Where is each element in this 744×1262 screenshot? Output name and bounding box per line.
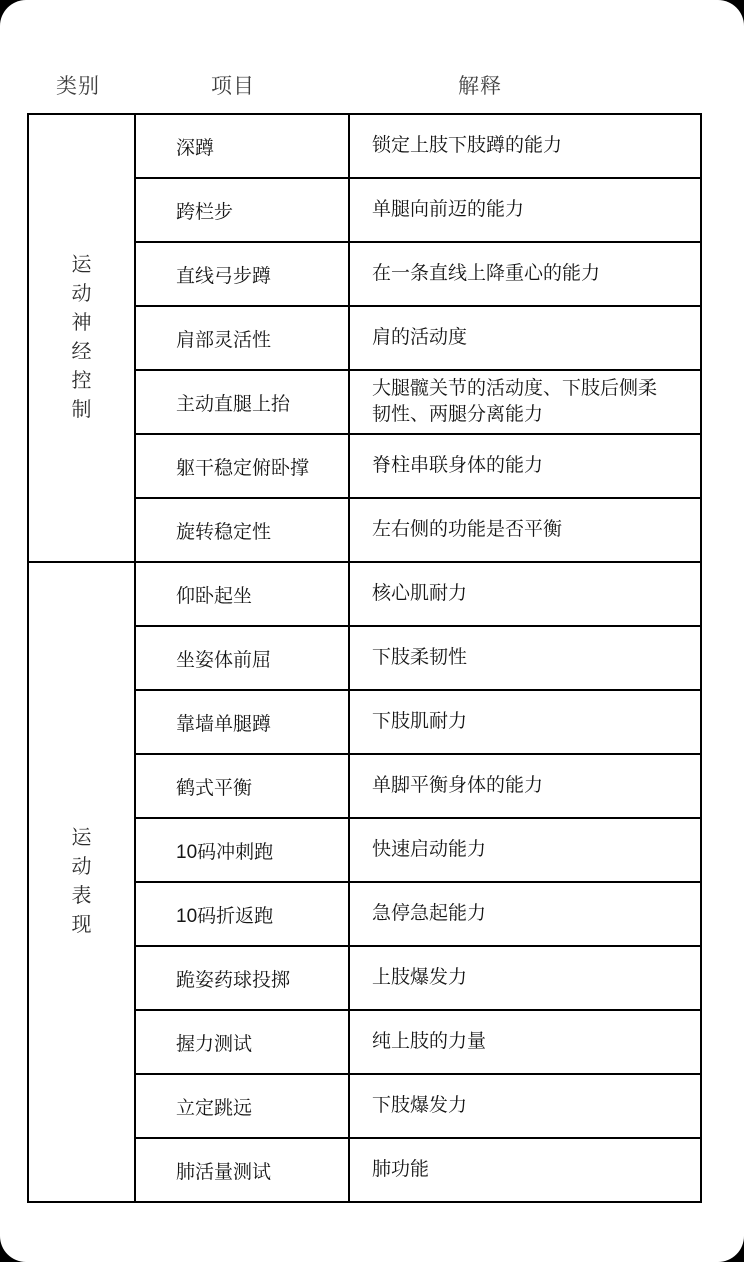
item-cell: 立定跳远: [135, 1074, 349, 1138]
item-cell: 肺活量测试: [135, 1138, 349, 1202]
category-label: 运动神经控制: [71, 251, 93, 425]
item-cell: 旋转稳定性: [135, 498, 349, 562]
assessment-table: 运动神经控制深蹲锁定上肢下肢蹲的能力跨栏步单腿向前迈的能力直线弓步蹲在一条直线上…: [27, 113, 702, 1203]
header-item: 项目: [211, 70, 255, 100]
explanation-cell: 上肢爆发力: [349, 946, 701, 1010]
explanation-cell: 单脚平衡身体的能力: [349, 754, 701, 818]
item-cell: 10码折返跑: [135, 882, 349, 946]
explanation-cell: 肺功能: [349, 1138, 701, 1202]
category-cell-0: 运动神经控制: [28, 114, 135, 562]
explanation-cell: 左右侧的功能是否平衡: [349, 498, 701, 562]
item-cell: 深蹲: [135, 114, 349, 178]
item-cell: 握力测试: [135, 1010, 349, 1074]
header-category: 类别: [56, 70, 100, 100]
explanation-cell: 下肢爆发力: [349, 1074, 701, 1138]
table-row: 运动表现仰卧起坐核心肌耐力: [28, 562, 701, 626]
item-cell: 肩部灵活性: [135, 306, 349, 370]
item-cell: 主动直腿上抬: [135, 370, 349, 434]
item-cell: 鹤式平衡: [135, 754, 349, 818]
explanation-cell: 下肢肌耐力: [349, 690, 701, 754]
item-cell: 跨栏步: [135, 178, 349, 242]
item-cell: 直线弓步蹲: [135, 242, 349, 306]
item-cell: 仰卧起坐: [135, 562, 349, 626]
item-cell: 10码冲刺跑: [135, 818, 349, 882]
explanation-cell: 下肢柔韧性: [349, 626, 701, 690]
item-cell: 跪姿药球投掷: [135, 946, 349, 1010]
item-cell: 坐姿体前屈: [135, 626, 349, 690]
item-cell: 靠墙单腿蹲: [135, 690, 349, 754]
explanation-cell: 脊柱串联身体的能力: [349, 434, 701, 498]
explanation-cell: 单腿向前迈的能力: [349, 178, 701, 242]
explanation-cell: 纯上肢的力量: [349, 1010, 701, 1074]
table-row: 运动神经控制深蹲锁定上肢下肢蹲的能力: [28, 114, 701, 178]
explanation-cell: 快速启动能力: [349, 818, 701, 882]
explanation-cell: 肩的活动度: [349, 306, 701, 370]
content-card: 类别 项目 解释 运动神经控制深蹲锁定上肢下肢蹲的能力跨栏步单腿向前迈的能力直线…: [0, 0, 744, 1262]
assessment-table-body: 运动神经控制深蹲锁定上肢下肢蹲的能力跨栏步单腿向前迈的能力直线弓步蹲在一条直线上…: [28, 114, 701, 1202]
item-cell: 躯干稳定俯卧撑: [135, 434, 349, 498]
category-label: 运动表现: [71, 824, 93, 940]
explanation-cell: 核心肌耐力: [349, 562, 701, 626]
category-cell-1: 运动表现: [28, 562, 135, 1202]
table-column-headers: 类别 项目 解释: [0, 70, 744, 98]
explanation-cell: 大腿髋关节的活动度、下肢后侧柔韧性、两腿分离能力: [349, 370, 701, 434]
explanation-cell: 急停急起能力: [349, 882, 701, 946]
explanation-cell: 锁定上肢下肢蹲的能力: [349, 114, 701, 178]
header-explanation: 解释: [458, 70, 502, 100]
explanation-cell: 在一条直线上降重心的能力: [349, 242, 701, 306]
